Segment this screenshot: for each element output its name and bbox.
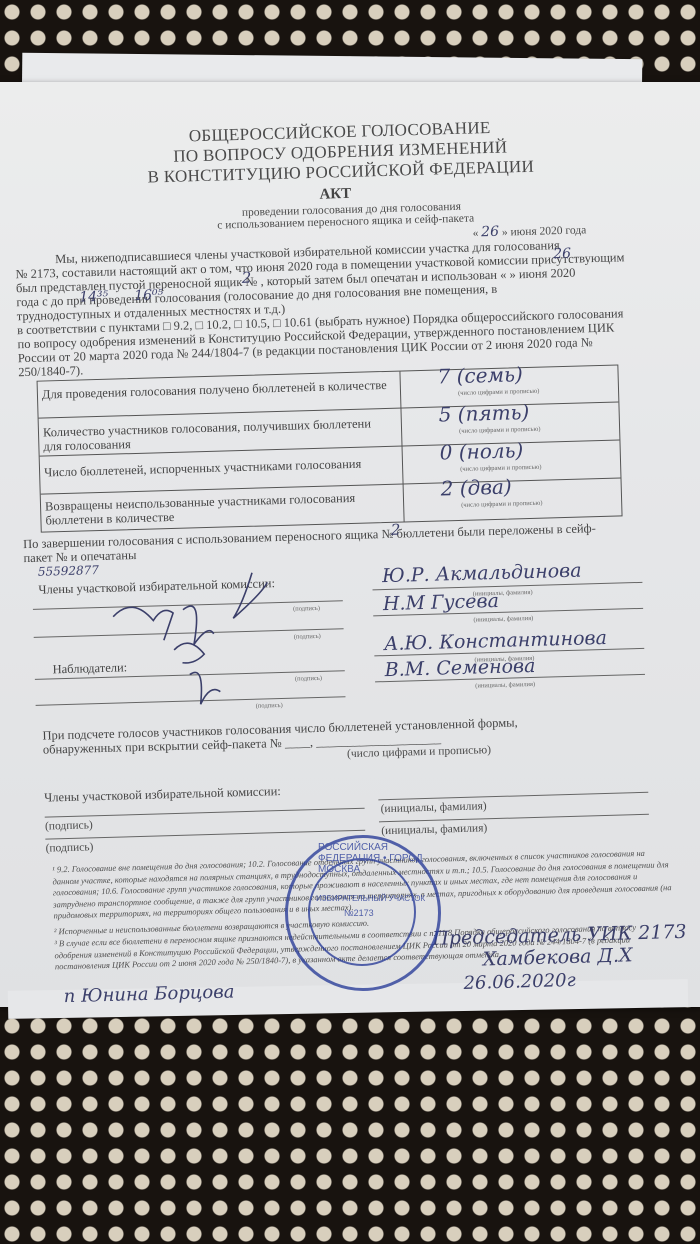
handwritten-signatures <box>92 562 296 718</box>
signature-name-3: А.Ю. Константинова <box>384 627 607 655</box>
table-row-value-spoiled: 0 (ноль) <box>439 438 523 464</box>
intro-line-9: 250/1840-7). <box>18 363 83 380</box>
signature-name-4: В.М. Семенова <box>384 655 535 681</box>
members-label-2: Члены участковой избирательной комиссии: <box>44 784 281 806</box>
official-stamp: РОССИЙСКАЯ ФЕДЕРАЦИЯ • ГОРОД МОСКВА ИЗБИ… <box>285 835 441 991</box>
signature-name-2: Н.М Гусева <box>383 590 500 615</box>
stamp-outer-text: РОССИЙСКАЯ ФЕДЕРАЦИЯ • ГОРОД МОСКВА <box>318 842 438 875</box>
chair-date: 26.06.2020г <box>463 970 576 994</box>
stamp-inner-text: ИЗБИРАТЕЛЬНЫЙ УЧАСТОК <box>316 894 425 903</box>
signature-name-1: Ю.Р. Акмальдинова <box>382 560 582 588</box>
handwritten-time-to: 16⁰⁵ <box>134 287 163 304</box>
date-line: « 26 » июня 2020 года <box>472 221 586 240</box>
left-handwritten-note: n Юнина Борцова <box>63 981 234 1007</box>
chair-name: Хамбекова Д.Х <box>483 944 633 970</box>
table-row-label-returned: Возвращены неиспользованные участниками … <box>45 490 386 527</box>
doc-heading: АКТ <box>319 186 351 204</box>
handwritten-time-from: 14³⁵ <box>79 289 108 306</box>
table-row-label-received: Для проведения голосования получено бюлл… <box>42 378 387 403</box>
table-row-value-received: 7 (семь) <box>437 362 523 388</box>
handwritten-used-day: 26 <box>553 246 571 262</box>
count-hint: (число цифрами и прописью) <box>347 744 491 760</box>
table-row-value-returned: 2 (два) <box>440 474 512 500</box>
table-row-label-spoiled: Число бюллетеней, испорченных участникам… <box>44 457 362 481</box>
ballot-table: Для проведения голосования получено бюлл… <box>37 364 623 532</box>
handwritten-box-number: 2 <box>242 269 252 287</box>
stamp-number: №2173 <box>344 908 374 918</box>
handwritten-box-number-end: 2 <box>391 521 401 539</box>
handwritten-safe-packet-number: 55592877 <box>38 563 99 579</box>
handwritten-day: 26 <box>481 224 499 240</box>
table-row-value-voters: 5 (пять) <box>438 400 529 427</box>
